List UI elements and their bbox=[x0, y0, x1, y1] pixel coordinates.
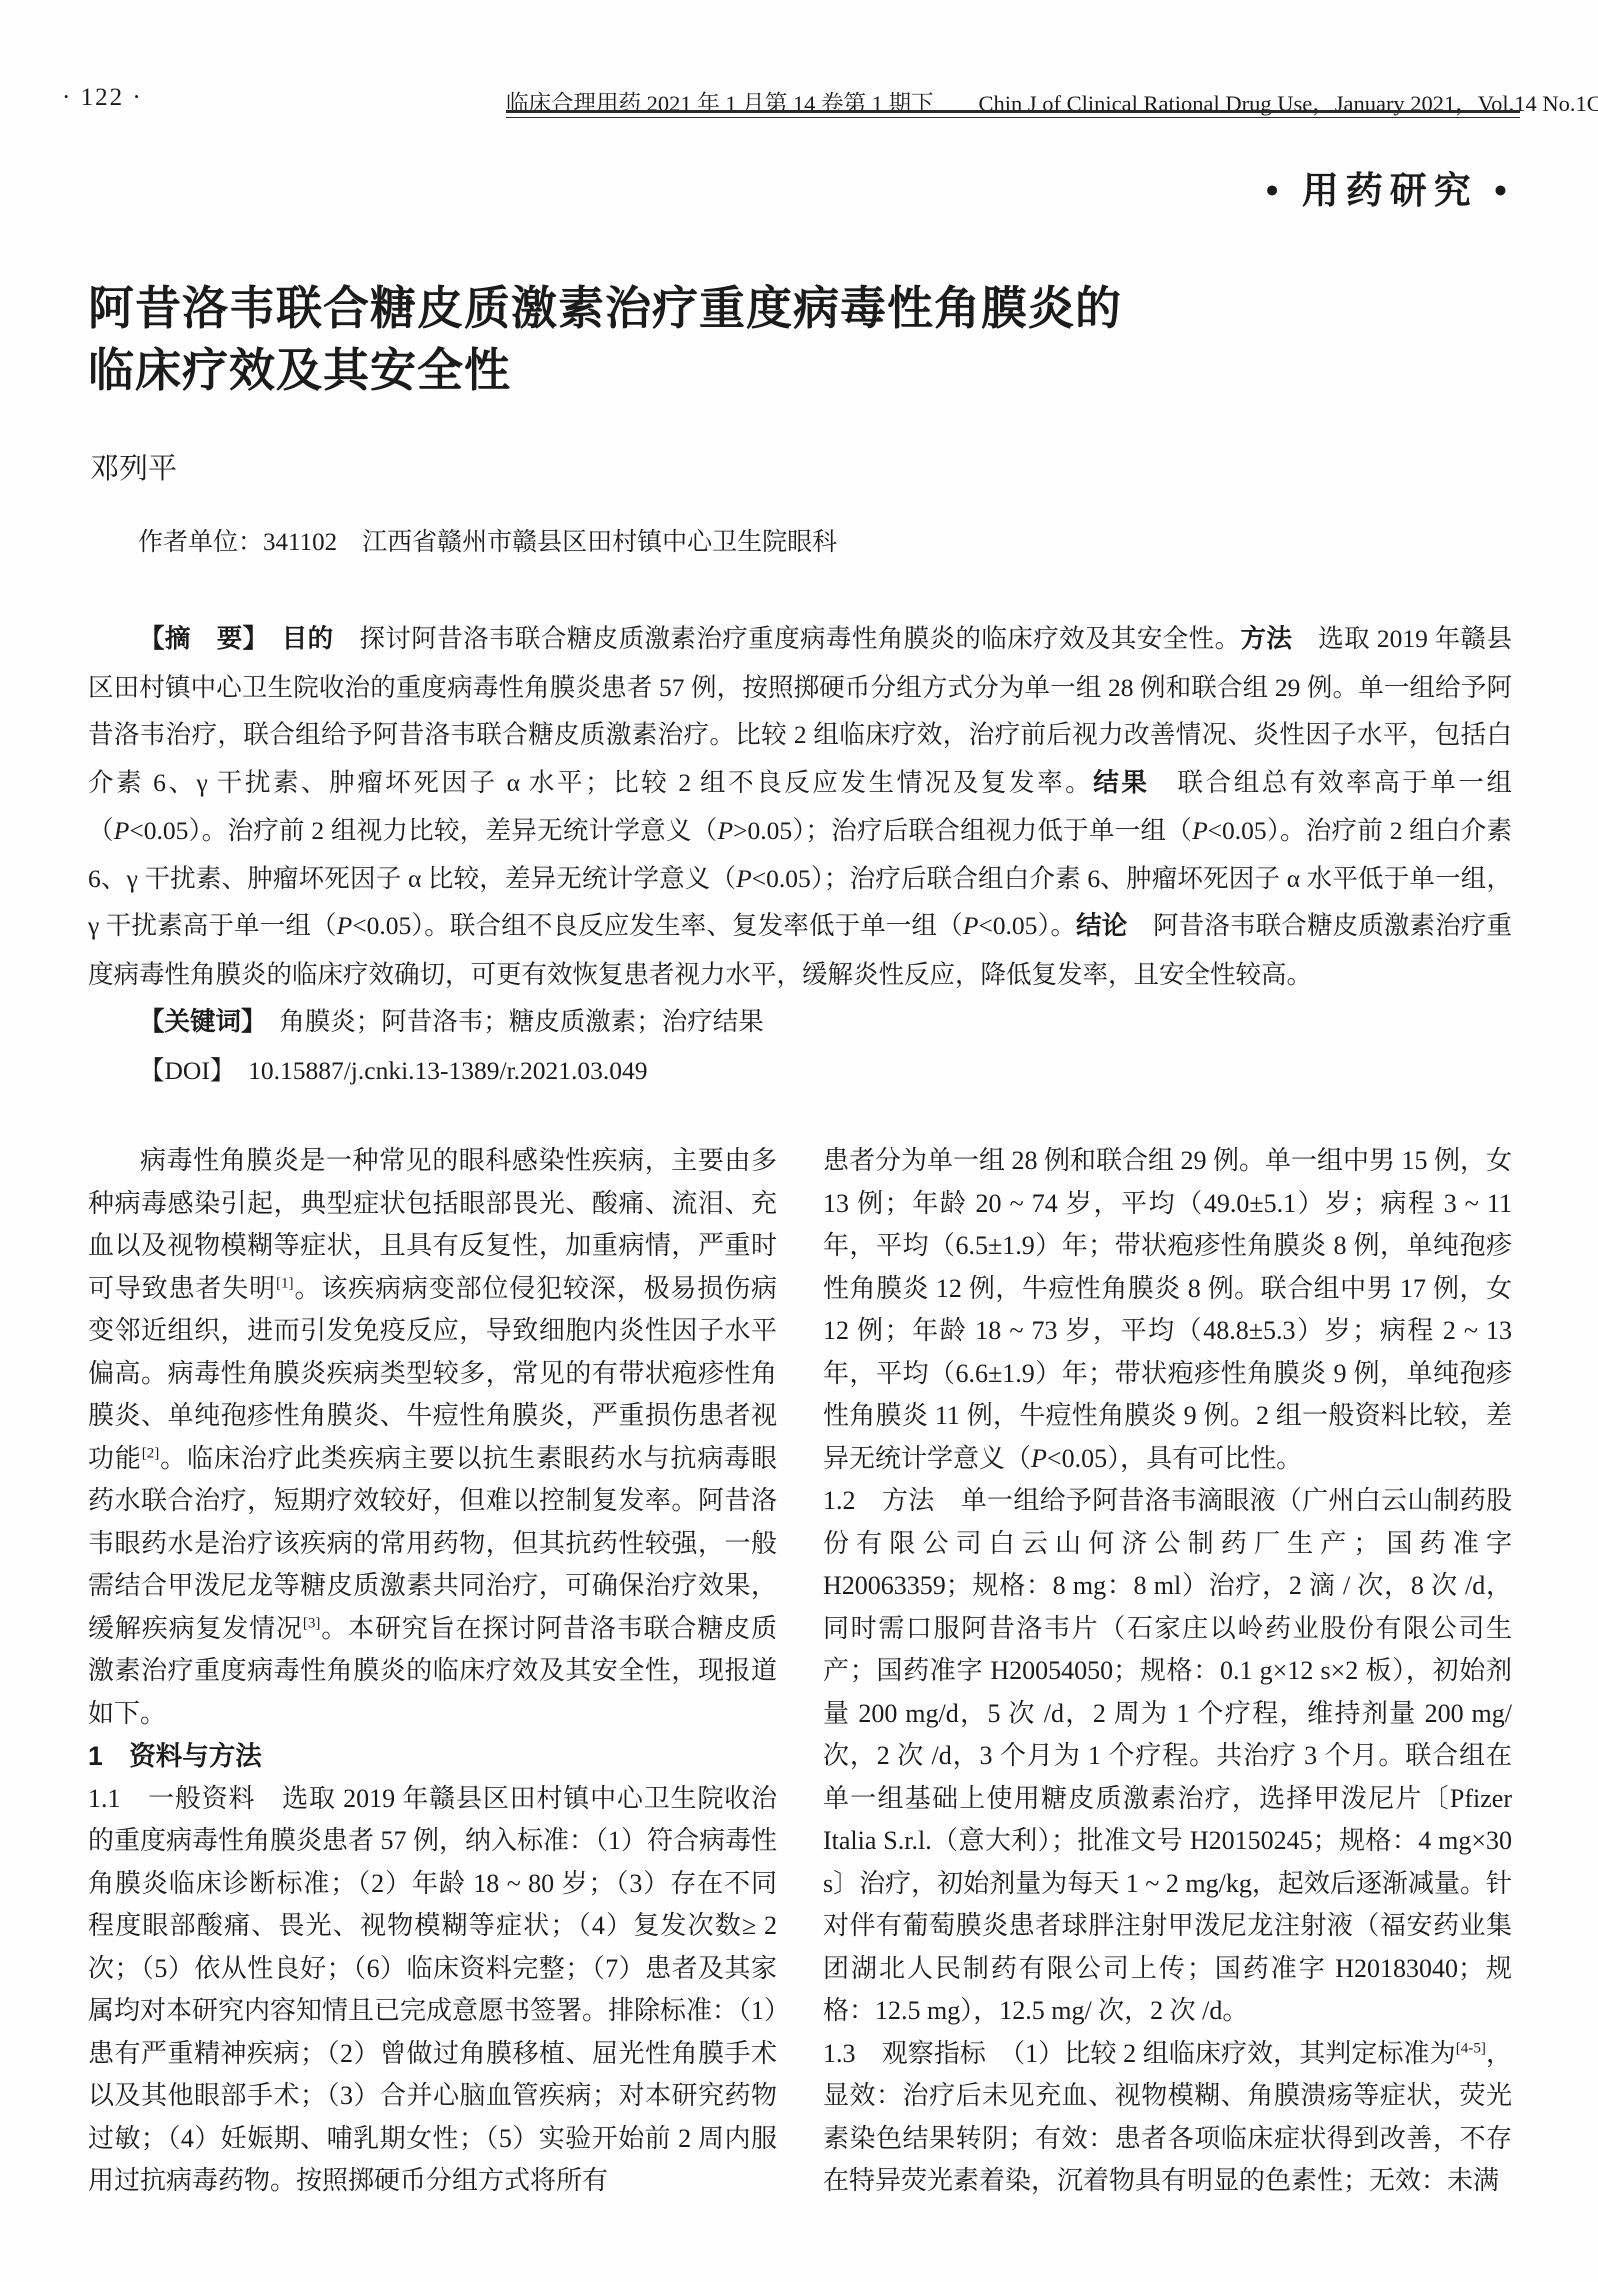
keywords-text: 角膜炎；阿昔洛韦；糖皮质激素；治疗结果 bbox=[279, 1007, 764, 1036]
abstract-block: 【摘 要】 目的 探讨阿昔洛韦联合糖皮质激素治疗重度病毒性角膜炎的临床疗效及其安… bbox=[88, 615, 1512, 1094]
column-badge: • 用药研究 • bbox=[1266, 160, 1514, 214]
body-columns: 病毒性角膜炎是一种常见的眼科感染性疾病，主要由多种病毒感染引起，典型症状包括眼部… bbox=[88, 1140, 1512, 2203]
intro-paragraph: 病毒性角膜炎是一种常见的眼科感染性疾病，主要由多种病毒感染引起，典型症状包括眼部… bbox=[88, 1140, 777, 1735]
section-1-3-paragraph: 1.3 观察指标 （1）比较 2 组临床疗效，其判定标准为[4-5]，显效：治疗… bbox=[823, 2033, 1512, 2203]
header-double-rule bbox=[506, 110, 1520, 118]
article-title-line2: 临床疗效及其安全性 bbox=[88, 345, 511, 396]
author-affiliation: 作者单位：341102 江西省赣州市赣县区田村镇中心卫生院眼科 bbox=[88, 522, 1512, 558]
keywords-line: 【关键词】 角膜炎；阿昔洛韦；糖皮质激素；治疗结果 bbox=[88, 998, 1512, 1047]
section-1-1-paragraph: 1.1 一般资料 选取 2019 年赣县区田村镇中心卫生院收治的重度病毒性角膜炎… bbox=[88, 1778, 777, 2203]
doi-line: 【DOI】 10.15887/j.cnki.13-1389/r.2021.03.… bbox=[88, 1047, 1512, 1095]
doi-text: 10.15887/j.cnki.13-1389/r.2021.03.049 bbox=[248, 1056, 647, 1085]
journal-page: · 122 · 临床合理用药 2021 年 1 月第 14 卷第 1 期下 Ch… bbox=[0, 0, 1598, 2282]
body-column-left: 病毒性角膜炎是一种常见的眼科感染性疾病，主要由多种病毒感染引起，典型症状包括眼部… bbox=[88, 1140, 777, 2203]
page-number: · 122 · bbox=[62, 84, 143, 112]
keywords-label: 【关键词】 bbox=[139, 1008, 279, 1036]
article-title: 阿昔洛韦联合糖皮质激素治疗重度病毒性角膜炎的 临床疗效及其安全性 bbox=[88, 278, 1518, 402]
abstract-paragraph: 【摘 要】 目的 探讨阿昔洛韦联合糖皮质激素治疗重度病毒性角膜炎的临床疗效及其安… bbox=[88, 615, 1512, 998]
section-1-heading: 1 资料与方法 bbox=[88, 1735, 777, 1778]
body-column-right: 患者分为单一组 28 例和联合组 29 例。单一组中男 15 例，女 13 例；… bbox=[823, 1140, 1512, 2203]
section-1-1-continuation-paragraph: 患者分为单一组 28 例和联合组 29 例。单一组中男 15 例，女 13 例；… bbox=[823, 1140, 1512, 1480]
section-1-2-paragraph: 1.2 方法 单一组给予阿昔洛韦滴眼液（广州白云山制药股份有限公司白云山何济公制… bbox=[823, 1480, 1512, 2033]
author-name: 邓列平 bbox=[90, 446, 177, 487]
doi-label: 【DOI】 bbox=[139, 1056, 248, 1085]
article-title-line1: 阿昔洛韦联合糖皮质激素治疗重度病毒性角膜炎的 bbox=[88, 283, 1122, 334]
